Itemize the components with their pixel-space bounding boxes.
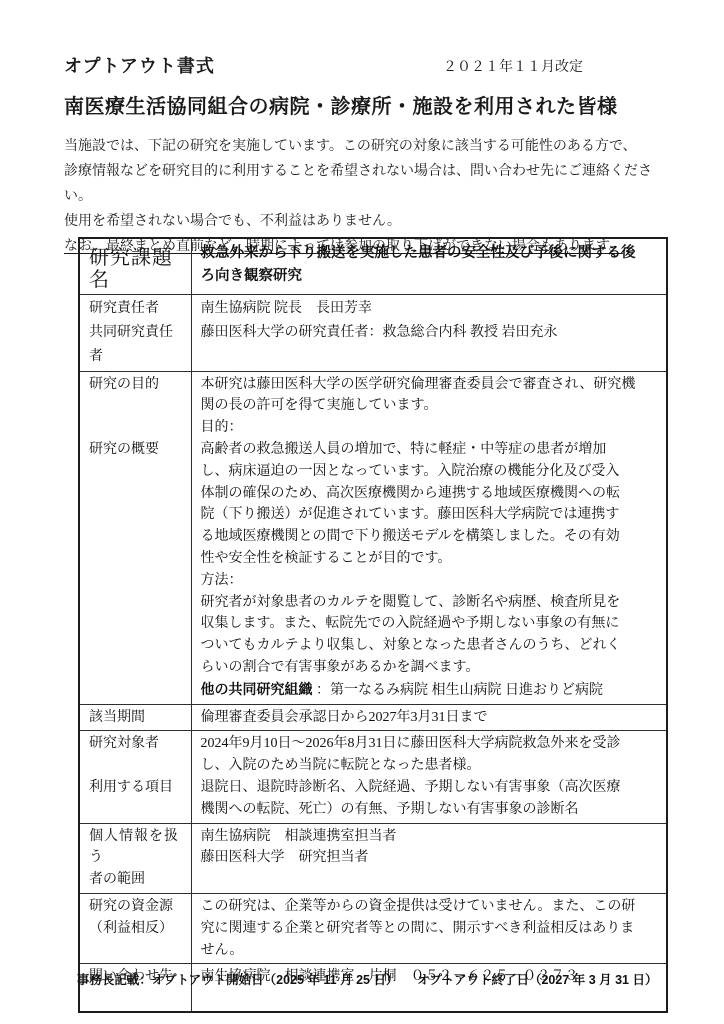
- co-research-org-line: 他の共同研究組織 ：第一なるみ病院 相生山病院 日進おりど病院: [201, 679, 661, 702]
- text-line: 研究責任者: [89, 297, 185, 321]
- label-research-title: 研究課題名: [79, 238, 191, 294]
- label-purpose: 研究の目的: [89, 374, 185, 396]
- intro-line-2: 診療情報などを研究目的に利用することを希望されない場合は、問い合わせ先にご連絡く…: [64, 159, 664, 209]
- document-title: オプトアウト書式: [64, 52, 215, 78]
- intro-line-1: 当施設では、下記の研究を実施しています。この研究の対象に該当する可能性のある方で…: [64, 134, 664, 159]
- addressee-heading: 南医療生活協同組合の病院・診療所・施設を利用された皆様: [64, 90, 618, 119]
- text-line: 本研究は藤田医科大学の医学研究倫理審査委員会で審査され、研究機: [201, 374, 661, 396]
- text-line: 救急外来から下り搬送を実施した患者の安全性及び予後に関する後: [201, 242, 661, 265]
- row-research-title: 研究課題名 救急外来から下り搬送を実施した患者の安全性及び予後に関する後ろ向き観…: [79, 238, 667, 294]
- text-line: 収集します。また、転院先での入院経過や予期しない事象の有無に: [201, 613, 661, 635]
- text-line: 藤田医科大学の研究責任者：救急総合内科 教授 岩田充永: [201, 321, 661, 345]
- text-line: し、入院のため当院に転院となった患者様。: [201, 755, 661, 777]
- text-line: この研究は、企業等からの資金提供は受けていません。また、この研: [201, 896, 661, 918]
- subjects-value: 2024年9月10日～2026年8月31日に藤田医科大学病院救急外来を受診し、入…: [201, 733, 661, 777]
- revision-date: ２０２１年１１月改定: [443, 56, 583, 76]
- label-personal-info-line1: 個人情報を扱う: [89, 826, 185, 870]
- text-line: 性や安全性を検証することが目的です。: [201, 548, 661, 570]
- used-items-value: 退院日、退院時診断名、入院経過、予期しない有害事象（高次医療機関への転院、死亡）…: [201, 777, 661, 821]
- label-subjects: 研究対象者: [89, 733, 185, 755]
- text-line: 方法：: [201, 570, 661, 592]
- personal-info-handlers-value: 南生協病院 相談連携室担当者藤田医科大学 研究担当者: [191, 823, 667, 893]
- period-value: 倫理審査委員会承認日から2027年3月31日まで: [191, 704, 667, 731]
- purpose-summary-text: 本研究は藤田医科大学の医学研究倫理審査委員会で審査され、研究機関の長の許可を得て…: [201, 374, 661, 679]
- text-line: 2024年9月10日～2026年8月31日に藤田医科大学病院救急外来を受診: [201, 733, 661, 755]
- row-purpose-summary: 研究の目的 研究の概要 本研究は藤田医科大学の医学研究倫理審査委員会で審査され、…: [79, 371, 667, 704]
- text-line: 南生協病院 相談連携室担当者: [201, 826, 661, 848]
- label-used-items: 利用する項目: [89, 777, 185, 799]
- text-line: し、病床逼迫の一因となっています。入院治療の機能分化及び受入: [201, 461, 661, 483]
- label-period: 該当期間: [79, 704, 191, 731]
- text-line: 体制の確保のため、高次医療機関から連携する地域医療機関への転: [201, 483, 661, 505]
- co-research-org-value: ：第一なるみ病院 相生山病院 日進おりど病院: [313, 683, 604, 698]
- label-personal-info-line2: 者の範囲: [89, 869, 185, 891]
- label-summary: 研究の概要: [89, 439, 185, 461]
- research-info-table: 研究課題名 救急外来から下り搬送を実施した患者の安全性及び予後に関する後ろ向き観…: [78, 237, 668, 1013]
- label-funding: 研究の資金源 （利益相反）: [79, 893, 191, 963]
- subjects-items-value: 2024年9月10日～2026年8月31日に藤田医科大学病院救急外来を受診し、入…: [191, 731, 667, 823]
- text-line: ついてもカルテより収集し、対象となった患者さんのうち、どれく: [201, 635, 661, 657]
- intro-line-3: 使用を希望されない場合でも、不利益はありません。: [64, 209, 664, 234]
- label-investigators: 研究責任者共同研究責任者: [79, 294, 191, 371]
- label-purpose-summary: 研究の目的 研究の概要: [79, 371, 191, 704]
- document-header: オプトアウト書式 ２０２１年１１月改定: [64, 52, 660, 78]
- row-investigators: 研究責任者共同研究責任者 南生協病院 院長 長田芳幸藤田医科大学の研究責任者：救…: [79, 294, 667, 371]
- research-title-value: 救急外来から下り搬送を実施した患者の安全性及び予後に関する後ろ向き観察研究: [191, 238, 667, 294]
- label-subjects-items: 研究対象者 利用する項目: [79, 731, 191, 823]
- investigators-value: 南生協病院 院長 長田芳幸藤田医科大学の研究責任者：救急総合内科 教授 岩田充永: [191, 294, 667, 371]
- text-line: 高齢者の救急搬送人員の増加で、特に軽症・中等症の患者が増加: [201, 439, 661, 461]
- document-page: オプトアウト書式 ２０２１年１１月改定 南医療生活協同組合の病院・診療所・施設を…: [0, 0, 724, 1024]
- text-line: 関の長の許可を得て実施しています。: [201, 395, 661, 417]
- text-line: 機関への転院、死亡）の有無、予期しない有害事象の診断名: [201, 799, 661, 821]
- text-line: らいの割合で有害事象があるかを調べます。: [201, 657, 661, 679]
- text-line: 研究者が対象患者のカルテを閲覧して、診断名や病歴、検査所見を: [201, 592, 661, 614]
- text-line: 共同研究責任者: [89, 321, 185, 369]
- text-line: 退院日、退院時診断名、入院経過、予期しない有害事象（高次医療: [201, 777, 661, 799]
- row-personal-info-handlers: 個人情報を扱う 者の範囲 南生協病院 相談連携室担当者藤田医科大学 研究担当者: [79, 823, 667, 893]
- purpose-summary-value: 本研究は藤田医科大学の医学研究倫理審査委員会で審査され、研究機関の長の許可を得て…: [191, 371, 667, 704]
- text-line: 藤田医科大学 研究担当者: [201, 847, 661, 869]
- co-research-org-label: 他の共同研究組織: [201, 681, 313, 697]
- label-funding-line2: （利益相反）: [89, 918, 185, 940]
- text-line: ろ向き観察研究: [201, 265, 661, 288]
- text-line: 南生協病院 院長 長田芳幸: [201, 297, 661, 321]
- row-funding: 研究の資金源 （利益相反） この研究は、企業等からの資金提供は受けていません。ま…: [79, 893, 667, 963]
- admin-note-text: 事務長記載：オプトアウト開始日（2025 年 11 月 25 日） オプトアウト…: [77, 973, 658, 987]
- text-line: 院（下り搬送）が促進されています。藤田医科大学病院では連携す: [201, 504, 661, 526]
- text-line: る地域医療機関との間で下り搬送モデルを構築しました。その有効: [201, 526, 661, 548]
- label-funding-line1: 研究の資金源: [89, 896, 185, 918]
- row-subjects-items: 研究対象者 利用する項目 2024年9月10日～2026年8月31日に藤田医科大…: [79, 731, 667, 823]
- admin-note: 事務長記載：オプトアウト開始日（2025 年 11 月 25 日） オプトアウト…: [63, 956, 657, 1002]
- funding-value: この研究は、企業等からの資金提供は受けていません。また、この研究に関連する企業と…: [191, 893, 667, 963]
- text-line: 究に関連する企業と研究者等との間に、開示すべき利益相反はありま: [201, 918, 661, 940]
- row-period: 該当期間 倫理審査委員会承認日から2027年3月31日まで: [79, 704, 667, 731]
- text-line: 目的：: [201, 417, 661, 439]
- label-personal-info-handlers: 個人情報を扱う 者の範囲: [79, 823, 191, 893]
